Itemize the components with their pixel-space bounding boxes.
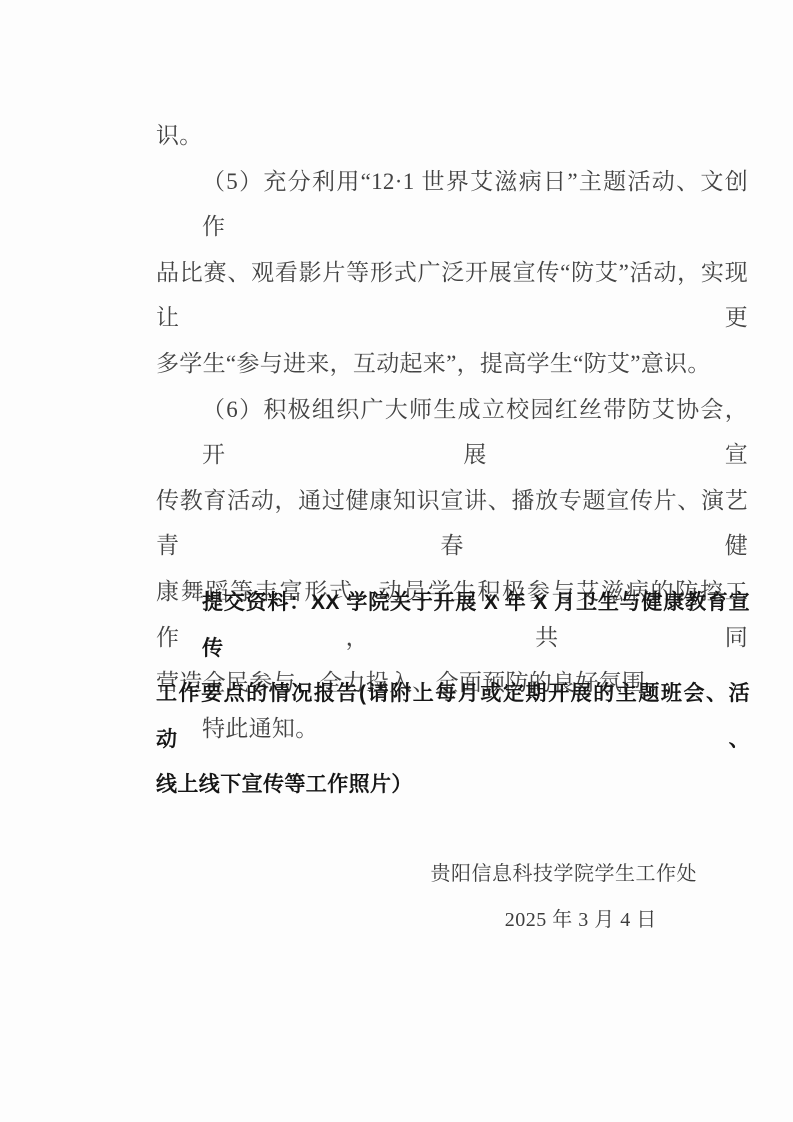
paragraph-5-line-1: （5）充分利用“12·1 世界艾滋病日”主题活动、文创作 — [156, 159, 748, 250]
paragraph-5-line-3: 多学生“参与进来，互动起来”，提高学生“防艾”意识。 — [156, 341, 748, 387]
paragraph-5-line-2: 品比赛、观看影片等形式广泛开展宣传“防艾”活动，实现让更 — [156, 250, 748, 341]
submission-line-1: 提交资料：XX 学院关于开展 X 年 X 月卫生与健康教育宣传 — [156, 580, 750, 671]
submission-line-2: 工作要点的情况报告(请附上每月或定期开展的主题班会、活动、 — [156, 671, 750, 762]
submission-requirements-block: 提交资料：XX 学院关于开展 X 年 X 月卫生与健康教育宣传 工作要点的情况报… — [156, 580, 750, 808]
signature-date: 2025 年 3 月 4 日 — [431, 897, 698, 943]
signature-organization: 贵阳信息科技学院学生工作处 — [431, 851, 698, 897]
paragraph-6-line-2: 传教育活动，通过健康知识宣讲、播放专题宣传片、演艺青春健 — [156, 478, 748, 569]
document-page: 识。 （5）充分利用“12·1 世界艾滋病日”主题活动、文创作 品比赛、观看影片… — [0, 0, 793, 1122]
submission-line-3: 线上线下宣传等工作照片） — [156, 762, 750, 808]
paragraph-tail-line: 识。 — [156, 113, 748, 159]
paragraph-6-line-1: （6）积极组织广大师生成立校园红丝带防艾协会，开展宣 — [156, 387, 748, 478]
signature-block: 贵阳信息科技学院学生工作处 2025 年 3 月 4 日 — [431, 851, 698, 943]
